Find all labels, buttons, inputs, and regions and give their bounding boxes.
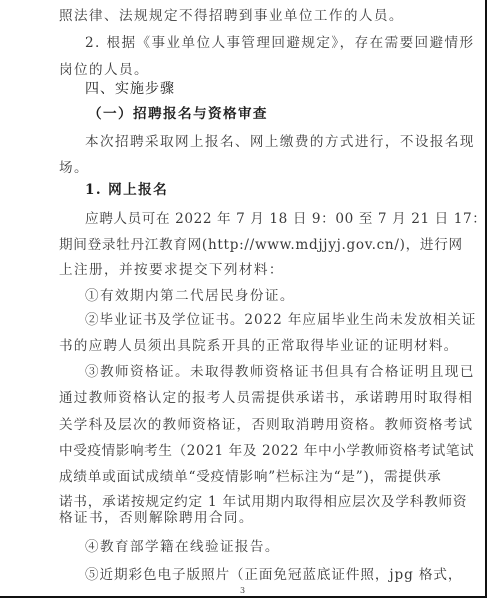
- body-text-line: 照法律、法规规定不得招聘到事业单位工作的人员。: [59, 7, 429, 25]
- list-item-2: ②毕业证书及学位证书。2022 年应届毕业生尚未发放相关证: [85, 311, 455, 329]
- body-text-line: 格证书，否则解除聘用合同。: [59, 509, 429, 527]
- list-item-3: ③教师资格证。未取得教师资格证书但具有合格证明且现已: [85, 363, 455, 381]
- page-number: 3: [0, 586, 485, 595]
- body-text-line: 中受疫情影响考生（2021 年及 2022 年中小学教师资格考试笔试: [59, 442, 429, 460]
- body-text-line: 岗位的人员。: [59, 61, 429, 79]
- body-text-line: 本次招聘采取网上报名、网上缴费的方式进行，不设报名现: [85, 133, 455, 151]
- body-text-line: 上注册，并按要求提交下列材料：: [59, 261, 429, 279]
- document-page: 照法律、法规规定不得招聘到事业单位工作的人员。 2. 根据《事业单位人事管理回避…: [0, 0, 487, 598]
- list-item-1: ①有效期内第二代居民身份证。: [85, 287, 455, 305]
- body-text-line: 场。: [59, 159, 429, 177]
- url-line: 期间登录牡丹江教育网(http://www.mdjjyj.gov.cn/)，进行…: [59, 236, 429, 254]
- body-text-line: 关学科及层次的教师资格证，否则取消聘用资格。教师资格考试: [59, 416, 429, 434]
- section-heading: 四、实施步骤: [85, 80, 455, 98]
- body-text-line: 通过教师资格认定的报考人员需提供承诺书，承诺聘用时取得相: [59, 389, 429, 407]
- rule-item-2: 2. 根据《事业单位人事管理回避规定》，存在需要回避情形: [85, 34, 455, 52]
- list-item-4: ④教育部学籍在线验证报告。: [85, 538, 455, 556]
- subsection-heading: （一）招聘报名与资格审查: [88, 105, 458, 123]
- list-item-5: ⑤近期彩色电子版照片（正面免冠蓝底证件照，jpg 格式，: [85, 566, 455, 584]
- body-text-line: 书的应聘人员须出具院系开具的正常取得毕业证的证明材料。: [59, 337, 429, 355]
- body-text-line: 应聘人员可在 2022 年 7 月 18 日 9：00 至 7 月 21 日 1…: [85, 210, 455, 228]
- body-text-line: 成绩单或面试成绩单“受疫情影响”栏标注为“是”)，需提供承: [59, 468, 429, 486]
- item-heading: 1. 网上报名: [85, 181, 455, 199]
